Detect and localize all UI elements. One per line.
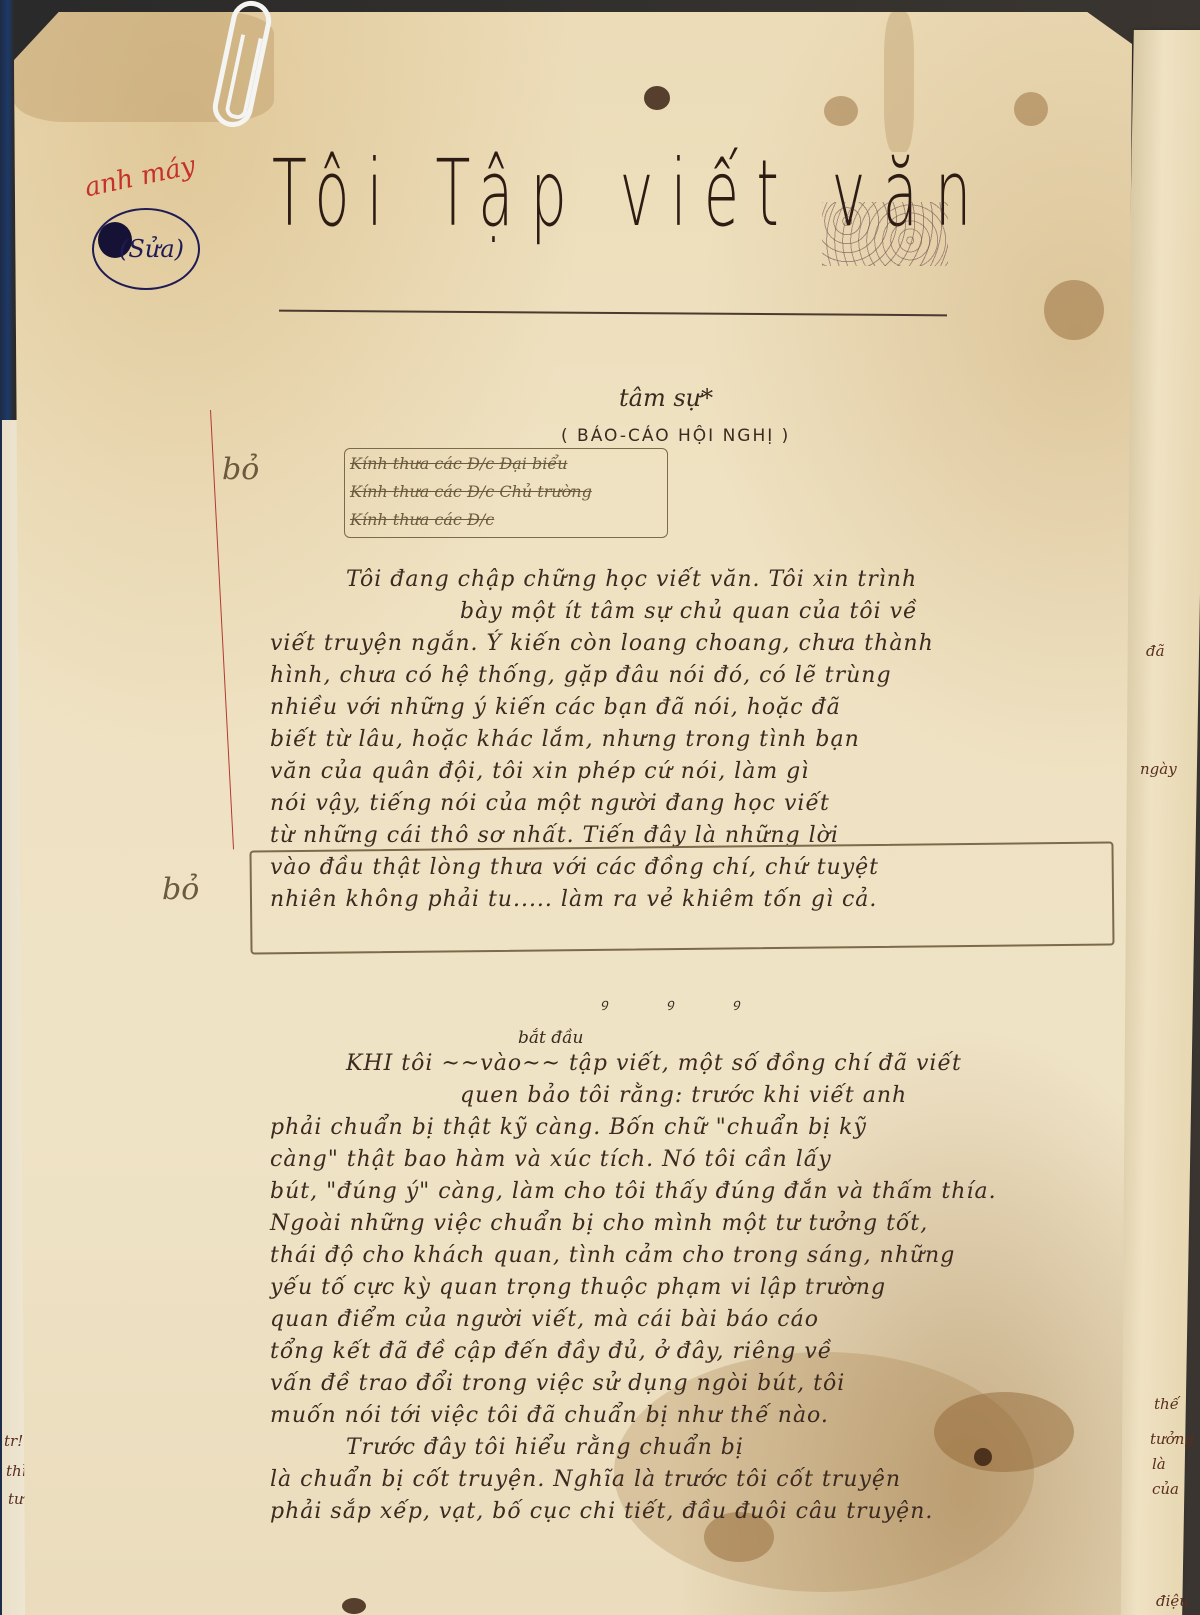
ink-stain [342,1598,366,1614]
water-stain [1044,280,1104,340]
edge-note-right: điệu [1156,1592,1189,1610]
edge-note-left: tư [8,1490,24,1508]
water-stain [824,96,858,126]
edge-note-right: của [1152,1480,1179,1498]
pencil-deletion-box [249,841,1114,954]
manuscript-page: anh máy (Sửa) Tôi Tập viết văn tâm sự* (… [14,12,1132,1615]
section-separator: ꝰ ꝰ ꝰ [599,992,765,1019]
subtitle-note: ( BÁO-CÁO HỘI NGHỊ ) [561,426,790,446]
drip-stain [884,12,914,152]
struck-line: Kính thưa các Đ/c Chủ trường [350,482,592,501]
inserted-word: bắt đầu [518,1028,584,1048]
red-margin-note: anh máy [82,151,198,204]
edge-note-left: thì [6,1462,27,1480]
water-stain [1014,92,1048,126]
blue-circled-note: (Sửa) [92,208,200,290]
edge-note-right: tưởng [1150,1430,1194,1448]
scribbled-out-word [822,202,948,266]
edge-note-left: tr! [4,1432,23,1450]
struck-line: Kính thưa các Đ/c Đại biểu [350,454,568,473]
pencil-margin-note-bo: bỏ [162,872,199,907]
struck-line: Kính thưa các Đ/c [350,510,494,529]
edge-note-right: thế [1154,1395,1179,1413]
edge-note-right: là [1152,1455,1166,1473]
edge-note-right: ngày [1140,760,1177,778]
ink-stain [644,86,670,110]
edge-note-right: đã [1146,642,1165,660]
paragraph-2: KHI tôi ~~vào~~ tập viết, một số đồng ch… [270,1048,1115,1528]
subtitle: tâm sự* [619,384,713,412]
title-underline [279,310,947,317]
pencil-margin-note-bo: bỏ [222,452,259,487]
